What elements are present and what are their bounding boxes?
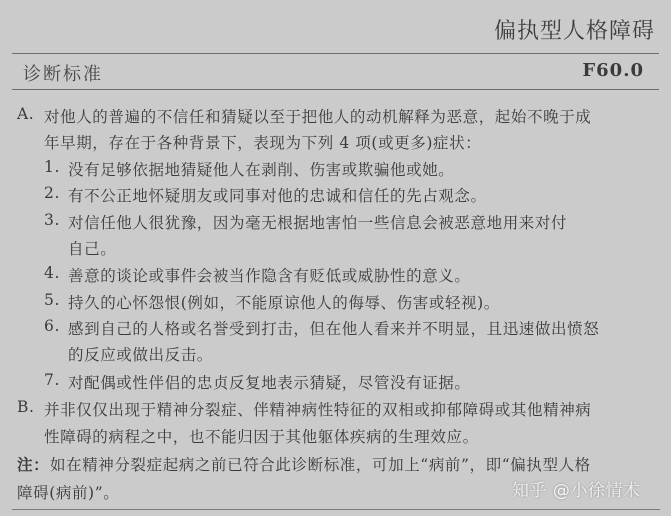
criterion-item: 对信任他人很犹豫，因为毫无根据地害怕一些信息会被恶意地用来对付 [68,211,567,233]
item-number: 3. [44,211,60,229]
criterion-item: 持久的心怀怨恨(例如，不能原谅他人的侮辱、伤害或轻视)。 [68,291,500,313]
criterion-a-marker: A. [17,105,34,123]
watermark: 知乎 @小徐情术 [512,476,640,501]
note-marker: 注： [17,453,49,475]
item-number: 7. [44,371,60,389]
item-number: 4. [44,264,60,282]
criterion-b-line: 并非仅仅出现于精神分裂症、伴精神病性特征的双相或抑郁障碍或其他精神病 [44,398,591,420]
item-number: 6. [44,317,60,335]
criterion-item: 感到自己的人格或名誉受到打击，但在他人看来并不明显，且迅速做出愤怒 [68,317,599,339]
criterion-a-line: 对他人的普遍的不信任和猜疑以至于把他人的动机解释为恶意，起始不晚于成 [44,105,591,127]
item-number: 1. [44,158,60,176]
item-number: 2. [44,184,60,202]
criterion-item-cont: 的反应或做出反击。 [68,343,213,365]
note-line: 障碍(病前)”。 [17,481,119,503]
top-divider [12,53,659,54]
section-label: 诊断标准 [23,60,103,86]
criterion-item: 没有足够依据地猜疑他人在剥削、伤害或欺骗他或她。 [68,158,454,180]
criterion-a-line: 年早期，存在于各种背景下，表现为下列 4 项(或更多)症状： [44,131,481,153]
bottom-divider [12,509,660,510]
criterion-item-cont: 自己。 [68,237,116,259]
page-title: 偏执型人格障碍 [494,14,655,45]
criterion-item: 善意的谈论或事件会被当作隐含有贬低或威胁性的意义。 [68,264,471,286]
criterion-b-marker: B. [17,398,35,416]
criterion-item: 对配偶或性伴侣的忠贞反复地表示猜疑，尽管没有证据。 [68,371,471,393]
diagnostic-code: F60.0 [582,60,644,81]
criterion-b-line: 性障碍的病程之中，也不能归因于其他躯体疾病的生理效应。 [44,425,479,447]
item-number: 5. [44,291,60,309]
criterion-item: 有不公正地怀疑朋友或同事对他的忠诚和信任的先占观念。 [68,184,487,206]
section-divider [12,89,659,90]
note-line: 如在精神分裂症起病之前已符合此诊断标准，可加上“病前”，即“偏执型人格 [50,453,591,475]
